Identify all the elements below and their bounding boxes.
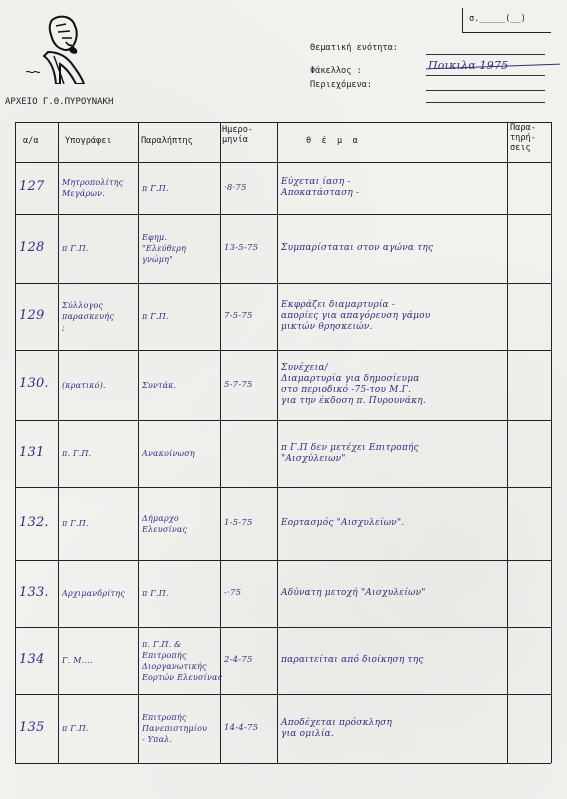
cell-subject: Συμπαρίσταται στον αγώνα της <box>281 243 505 254</box>
register-table: α/α Υπογράφει Παραλήπτης Ημερο- μηνία θ … <box>15 122 551 763</box>
cell-recipient: Συντάκ. <box>142 380 218 391</box>
col-header-subject: θ έ μ α <box>306 136 358 146</box>
cell-subject: Συνέχεια/Διαμαρτυρία για δημοσίευμαστο π… <box>281 363 505 407</box>
cell-signer: π Γ.Π. <box>62 518 136 529</box>
thematic-unit-label: Θεματική ενότητα: <box>310 43 398 53</box>
table-row: 127ΜητροπολίτηςΜεγάρων.π Γ.Π.·8·75Εύχετα… <box>15 162 551 214</box>
contents-field[interactable] <box>426 90 545 91</box>
cell-recipient: ΕπιτροπήςΠανεπιστημίου- Υπαλ. <box>142 712 218 745</box>
portrait-sketch-icon <box>22 12 88 84</box>
cell-no: 133. <box>19 587 56 598</box>
table-row: 132.π Γ.Π.ΔήμαρχοΕλευσίνας1-5-75Εορτασμό… <box>15 487 551 560</box>
col-header-number: α/α <box>23 136 39 146</box>
folder-field-line <box>426 75 545 76</box>
cell-subject: Αδύνατη μετοχή "Αισχυλείων" <box>281 588 505 599</box>
cell-subject: Αποδέχεται πρόσκλησηγια ομιλία. <box>281 718 505 740</box>
cell-signer: Γ. Μ.... <box>62 655 136 666</box>
table-row-divider <box>15 122 551 123</box>
cell-no: 130. <box>19 378 56 389</box>
cell-no: 132. <box>19 517 56 528</box>
cell-recipient: Εφημ."Ελεύθερηγνώμη" <box>142 232 218 265</box>
cell-signer: Αρχιμανδρίτης <box>62 588 136 599</box>
page-number-box: σ._____(__) <box>462 8 551 33</box>
cell-no: 135 <box>19 722 56 733</box>
cell-date: -·75 <box>224 588 275 599</box>
cell-signer: Σύλλογοςπαρασκευής; <box>62 300 136 333</box>
cell-signer: π Γ.Π. <box>62 243 136 254</box>
cell-recipient: Ανακοίνωση <box>142 448 218 459</box>
cell-subject: π Γ.Π δεν μετέχει Επιτροπής"Αισχύλειων" <box>281 443 505 465</box>
table-row: 133.Αρχιμανδρίτηςπ Γ.Π.-·75Αδύνατη μετοχ… <box>15 560 551 627</box>
col-header-recipient: Παραλήπτης <box>141 136 193 146</box>
cell-subject: Εύχεται ίαση -Αποκατάσταση - <box>281 177 505 199</box>
contents-label: Περιεχόμενα: <box>310 80 372 90</box>
page-number-field[interactable]: σ._____(__) <box>469 14 526 24</box>
cell-date: ·8·75 <box>224 183 275 194</box>
table-row: 134Γ. Μ....π. Γ.Π. &ΕπιτροπήςΔιοργανωτικ… <box>15 627 551 694</box>
cell-no: 129 <box>19 310 56 321</box>
contents-field-line-2 <box>426 102 545 103</box>
cell-no: 127 <box>19 181 56 192</box>
cell-date: 14-4-75 <box>224 723 275 734</box>
table-row: 131π. Γ.Π.Ανακοίνωσηπ Γ.Π δεν μετέχει Επ… <box>15 420 551 487</box>
cell-date: 7-5-75 <box>224 311 275 322</box>
table-column-divider <box>551 122 552 763</box>
cell-date: 2-4-75 <box>224 655 275 666</box>
cell-signer: π Γ.Π. <box>62 723 136 734</box>
cell-recipient: π Γ.Π. <box>142 588 218 599</box>
cell-no: 134 <box>19 654 56 665</box>
table-row: 128π Γ.Π.Εφημ."Ελεύθερηγνώμη"13-5-75Συμπ… <box>15 214 551 283</box>
cell-recipient: ΔήμαρχοΕλευσίνας <box>142 513 218 535</box>
archive-title: ΑΡΧΕΙΟ Γ.Θ.ΠΥΡΟΥΝΑΚΗ <box>5 97 113 107</box>
cell-date: 1-5-75 <box>224 518 275 529</box>
cell-subject: παραιτείται από διοίκηση της <box>281 655 505 666</box>
cell-recipient: π. Γ.Π. &ΕπιτροπήςΔιοργανωτικήςΕορτών Ελ… <box>142 639 218 683</box>
table-row: 130.(κρατικό).Συντάκ.5-7-75Συνέχεια/Διαμ… <box>15 350 551 420</box>
table-row: 129Σύλλογοςπαρασκευής;π Γ.Π.7-5-75Εκφράζ… <box>15 283 551 350</box>
cell-subject: Εκφράζει διαμαρτυρία -απορίες για απαγόρ… <box>281 300 505 333</box>
cell-date: 5-7-75 <box>224 380 275 391</box>
cell-subject: Εορτασμός "Αισχυλείων". <box>281 518 505 529</box>
col-header-signer: Υπογράφει <box>65 136 112 146</box>
col-header-remarks: Παρα- τηρή- σεις <box>510 123 536 153</box>
cell-date: 13-5-75 <box>224 243 275 254</box>
cell-recipient: π Γ.Π. <box>142 183 218 194</box>
cell-no: 128 <box>19 242 56 253</box>
table-row: 135π Γ.Π.ΕπιτροπήςΠανεπιστημίου- Υπαλ.14… <box>15 694 551 763</box>
cell-no: 131 <box>19 447 56 458</box>
table-row-divider <box>15 763 551 764</box>
thematic-unit-field[interactable] <box>426 54 545 55</box>
col-header-date: Ημερο- μηνία <box>222 125 253 145</box>
folder-label: Φάκελλος : <box>310 66 362 76</box>
cell-signer: ΜητροπολίτηςΜεγάρων. <box>62 177 136 199</box>
cell-signer: (κρατικό). <box>62 380 136 391</box>
cell-signer: π. Γ.Π. <box>62 448 136 459</box>
cell-recipient: π Γ.Π. <box>142 311 218 322</box>
